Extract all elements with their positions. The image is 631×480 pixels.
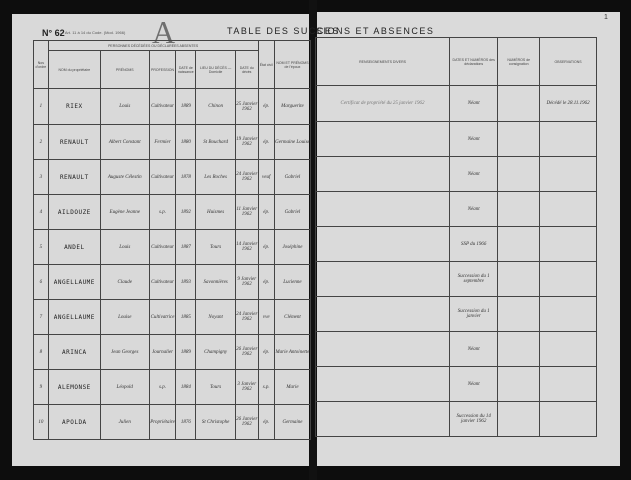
right-register-table: RENSEIGNEMENTS DIVERS DATES ET NUMÉROS d… xyxy=(315,37,597,437)
table-row: 6ANGELLAUMEClaudeCultivateur1893Savonniè… xyxy=(34,265,311,300)
table-row: Néant xyxy=(316,122,597,157)
table-row: 2RENAULTAlbert ConstantFermier1880St Bou… xyxy=(34,125,311,160)
table-row: Succession du 1 janvier xyxy=(316,297,597,332)
header-group: PERSONNES DÉCÉDÉES OU DÉCLARÉES ABSENTES xyxy=(48,41,258,51)
table-row: Succession du 14 janvier 1962 xyxy=(316,402,597,437)
header-dates: DATES ET NUMÉROS des déclarations xyxy=(450,38,498,86)
table-row: 9ALEMONSELéopolds.p.1884Tours3 Janvier 1… xyxy=(34,370,311,405)
table-row: 10APOLDAJulienPropriétaire1876St Christo… xyxy=(34,405,311,440)
table-row: 5ANDELLouisCultivateur1887Tours14 Janvie… xyxy=(34,230,311,265)
page-number: 1 xyxy=(604,14,608,21)
table-row: 1RIEXLouisCultivateur1889Chinon25 Janvie… xyxy=(34,89,311,125)
header-prenoms: PRÉNOMS xyxy=(100,51,149,89)
header-num: Nos d'ordre xyxy=(34,41,49,89)
header-observations: OBSERVATIONS xyxy=(540,38,597,86)
table-row: 4AILDOUZEEugène Jeannes.p.1892Huismes11 … xyxy=(34,195,311,230)
register-subtitle: — Art. 11 à 14 du Code. (Mod. 1966) xyxy=(60,30,125,35)
table-row: SSP du 1966 xyxy=(316,227,597,262)
table-row: 7ANGELLAUMELouiseCultivatrice1885Noyant2… xyxy=(34,300,311,335)
table-row: Certificat de propriété du 25 janvier 19… xyxy=(316,86,597,122)
table-row: Néant xyxy=(316,332,597,367)
header-renseignements: RENSEIGNEMENTS DIVERS xyxy=(316,38,450,86)
table-row: 8ARINCAJean GeorgesJournalier1889Champig… xyxy=(34,335,311,370)
table-row: Néant xyxy=(316,192,597,227)
table-row: Néant xyxy=(316,157,597,192)
table-row: 3RENAULTAuguste CélestinCultivateur1878L… xyxy=(34,160,311,195)
header-nom: NOM du propriétaire xyxy=(48,51,100,89)
header-epoux: NOM ET PRÉNOMS de l'époux xyxy=(274,41,310,89)
header-date-deces: DATE du décès xyxy=(236,51,258,89)
left-register-table: Nos d'ordre PERSONNES DÉCÉDÉES OU DÉCLAR… xyxy=(33,40,311,440)
header-etat: État civil xyxy=(258,41,274,89)
header-naissance: DATE de naissance xyxy=(176,51,196,89)
header-profession: PROFESSION xyxy=(149,51,176,89)
table-row: Succession du 1 septembre xyxy=(316,262,597,297)
header-lieu: LIEU DU DÉCÈS — Domicile xyxy=(196,51,236,89)
title-right: SIONS ET ABSENCES xyxy=(316,26,434,36)
header-numeros: NUMÉROS de consignation xyxy=(498,38,540,86)
table-row: Néant xyxy=(316,367,597,402)
